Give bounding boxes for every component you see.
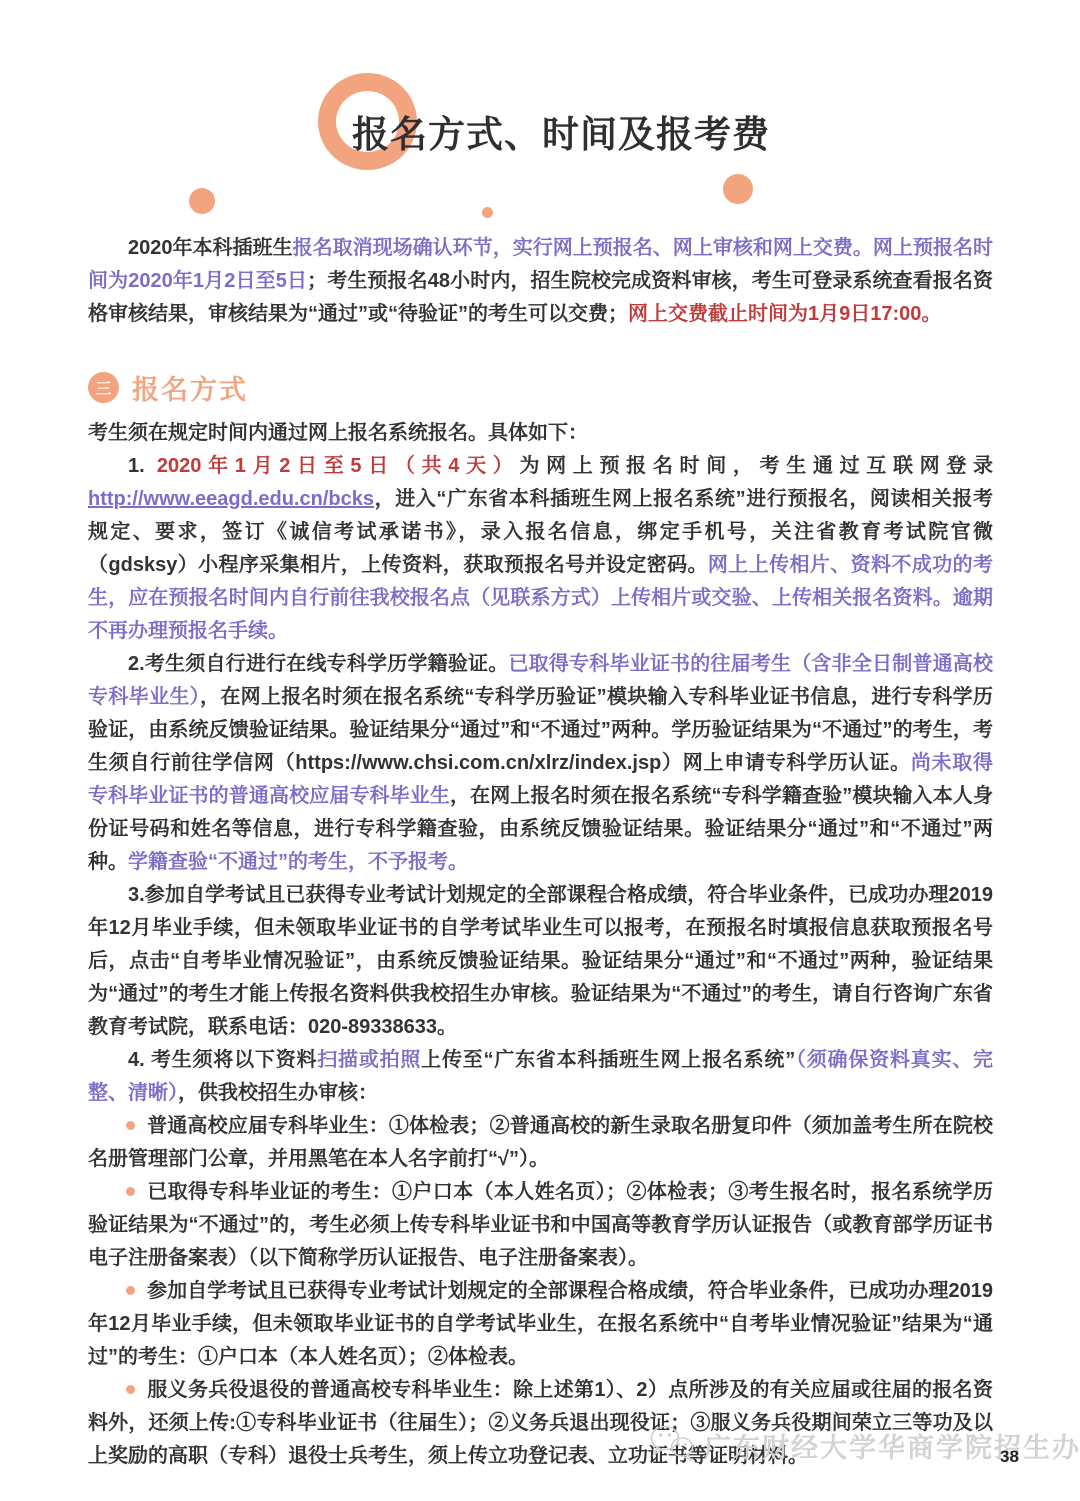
header-art: 报名方式、时间及报考费 bbox=[0, 0, 1080, 226]
paragraph: 4. 考生须将以下资料扫描或拍照上传至“广东省本科插班生网上报名系统”（须确保资… bbox=[88, 1044, 993, 1110]
page-title: 报名方式、时间及报考费 bbox=[352, 104, 770, 158]
paragraph: 3.参加自学考试且已获得专业考试计划规定的全部课程合格成绩，符合毕业条件，已成功… bbox=[88, 879, 993, 1044]
decor-dot-icon bbox=[723, 174, 753, 204]
text-run: 参加自学考试且已获得专业考试计划规定的全部课程合格成绩，符合毕业条件，已成功办理… bbox=[88, 1280, 993, 1368]
bullet-item: 普通高校应届专科毕业生：①体检表；②普通高校的新生录取名册复印件（须加盖考生所在… bbox=[88, 1110, 993, 1176]
content-area: 2020年本科插班生报名取消现场确认环节，实行网上预报名、网上审核和网上交费。网… bbox=[0, 232, 1080, 1473]
paragraph: 1. 2020年1月2日至5日（共4天）为网上预报名时间，考生通过互联网登录ht… bbox=[88, 450, 993, 648]
text-run: 4. 考生须将以下资料 bbox=[128, 1049, 317, 1071]
section-header: 三 报名方式 bbox=[88, 367, 993, 407]
text-run: ，在网上报名时须在报名系统“专科学历验证”模块输入专科毕业证书信息，进行专科学历… bbox=[88, 686, 993, 774]
bullet-dot-icon bbox=[126, 1286, 135, 1295]
bullet-dot-icon bbox=[126, 1187, 135, 1196]
text-run: 普通高校应届专科毕业生：①体检表；②普通高校的新生录取名册复印件（须加盖考生所在… bbox=[88, 1115, 993, 1170]
text-run: 为网上预报名时间，考生通过互联网登录 bbox=[519, 455, 993, 477]
text-run: 1. bbox=[128, 455, 157, 477]
bullet-dot-icon bbox=[126, 1121, 135, 1130]
bullet-dot-icon bbox=[126, 1385, 135, 1394]
document-page: 报名方式、时间及报考费 2020年本科插班生报名取消现场确认环节，实行网上预报名… bbox=[0, 0, 1080, 1501]
bullet-item: 已取得专科毕业证的考生：①户口本（本人姓名页）；②体检表；③考生报名时，报名系统… bbox=[88, 1176, 993, 1275]
decor-dot-icon bbox=[482, 207, 493, 218]
text-run: ，供我校招生办审核： bbox=[178, 1082, 378, 1104]
text-run: 上传至“广东省本科插班生网上报名系统” bbox=[421, 1049, 795, 1071]
section-number-circle-icon: 三 bbox=[88, 372, 119, 403]
intro-paragraph: 2020年本科插班生报名取消现场确认环节，实行网上预报名、网上审核和网上交费。网… bbox=[88, 232, 993, 331]
decor-dot-icon bbox=[189, 188, 215, 214]
text-run: 已取得专科毕业证的考生：①户口本（本人姓名页）；②体检表；③考生报名时，报名系统… bbox=[88, 1181, 993, 1269]
url-link[interactable]: http://www.eeagd.edu.cn/bcks bbox=[88, 488, 374, 510]
paragraph: 2.考生须自行进行在线专科学历学籍验证。已取得专科毕业证书的往届考生（含非全日制… bbox=[88, 648, 993, 879]
text-run: 2.考生须自行进行在线专科学历学籍验证。 bbox=[128, 653, 508, 675]
text-run: 服义务兵役退役的普通高校专科毕业生：除上述第1）、2）点所涉及的有关应届或往届的… bbox=[88, 1379, 993, 1467]
section-title: 报名方式 bbox=[132, 368, 248, 407]
bullet-item: 参加自学考试且已获得专业考试计划规定的全部课程合格成绩，符合毕业条件，已成功办理… bbox=[88, 1275, 993, 1374]
text-run: 扫描或拍照 bbox=[317, 1049, 421, 1071]
text-run: 2020年1月2日至5日（共4天） bbox=[157, 455, 520, 477]
text-run: 3.参加自学考试且已获得专业考试计划规定的全部课程合格成绩，符合毕业条件，已成功… bbox=[88, 884, 993, 1038]
text-run: 考生须在规定时间内通过网上报名系统报名。具体如下： bbox=[88, 422, 588, 444]
text-run: 网上交费截止时间为1月9日17:00。 bbox=[628, 303, 941, 325]
content-blocks: 考生须在规定时间内通过网上报名系统报名。具体如下：1. 2020年1月2日至5日… bbox=[88, 417, 993, 1473]
page-number: 38 bbox=[1000, 1447, 1019, 1467]
text-run: 2020年本科插班生 bbox=[128, 237, 293, 259]
bullet-item: 服义务兵役退役的普通高校专科毕业生：除上述第1）、2）点所涉及的有关应届或往届的… bbox=[88, 1374, 993, 1473]
paragraph: 考生须在规定时间内通过网上报名系统报名。具体如下： bbox=[88, 417, 993, 450]
text-run: 学籍查验“不通过”的考生，不予报考。 bbox=[128, 851, 468, 873]
